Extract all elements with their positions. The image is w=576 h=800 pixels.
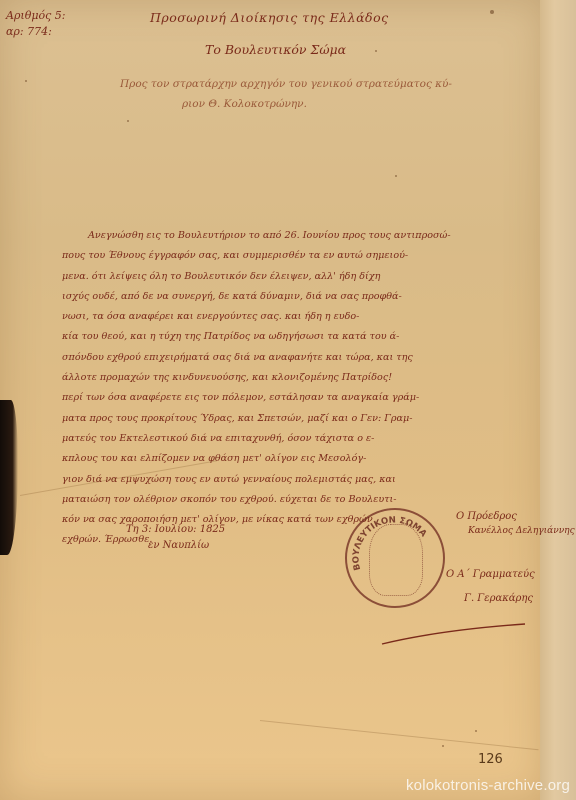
ink-speck xyxy=(395,175,397,177)
body-line: σπόνδου εχθρού επιχειρήματά σας διά να α… xyxy=(62,348,532,368)
ink-speck xyxy=(490,10,494,14)
paper-crease xyxy=(260,720,539,750)
body-line: κπλους του και ελπίζομεν να φθάση μετ' ο… xyxy=(62,449,532,469)
document-title: Προσωρινή Διοίκησις της Ελλάδος xyxy=(150,10,389,25)
body-line: Ανεγνώσθη εις το Βουλευτήριον το από 26.… xyxy=(62,226,532,246)
svg-text:ΒΟΥΛΕΥΤΙΚΟΝ ΣΩΜΑ: ΒΟΥΛΕΥΤΙΚΟΝ ΣΩΜΑ xyxy=(351,515,428,571)
ink-speck xyxy=(25,80,27,82)
secretary-signature: Γ. Γερακάρης xyxy=(464,592,533,606)
ink-speck xyxy=(442,745,444,747)
body-line: κία του θεού, και η τύχη της Πατρίδος να… xyxy=(62,327,532,347)
ink-speck xyxy=(475,730,477,732)
body-line: περί των όσα αναφέρετε εις τον πόλεμον, … xyxy=(62,388,532,408)
archive-watermark: kolokotronis-archive.org xyxy=(406,777,570,794)
president-signature: Κανέλλος Δεληγιάννης xyxy=(468,524,575,538)
body-line: νωσι, τα όσα αναφέρει και ενεργούντες σα… xyxy=(62,307,532,327)
body-line: πους του Έθνους έγγραφόν σας, και συμμερ… xyxy=(62,246,532,266)
body-line: ισχύς ουδέ, από δε να συνεργή, δε κατά δ… xyxy=(62,287,532,307)
paper-edge xyxy=(540,0,576,800)
official-seal: ΒΟΥΛΕΥΤΙΚΟΝ ΣΩΜΑ xyxy=(345,508,445,608)
dateline-place: εν Ναυπλίω xyxy=(148,538,209,554)
body-line: ματα προς τους προκρίτους Ύδρας, και Σπε… xyxy=(62,409,532,429)
body-line: ματεύς του Εκτελεστικού διά να επιταχυνθ… xyxy=(62,429,532,449)
body-line: ματαιώση τον ολέθριον σκοπόν του εχθρού.… xyxy=(62,490,532,510)
signature-flourish xyxy=(380,616,530,646)
document-subtitle: Το Βουλευτικόν Σώμα xyxy=(205,42,346,57)
dateline-date: Τη 3: Ιουλίου: 1825 xyxy=(126,522,225,538)
body-line: άλλοτε προμαχών της κινδυνευούσης, και κ… xyxy=(62,368,532,388)
secretary-title: Ο Α΄ Γραμματεύς xyxy=(446,568,535,582)
president-title: Ο Πρόεδρος xyxy=(456,510,517,524)
seal-inscription: ΒΟΥΛΕΥΤΙΚΟΝ ΣΩΜΑ xyxy=(347,510,443,606)
ink-speck xyxy=(127,120,129,122)
body-line: γιον διά να εμψυχώση τους εν αυτώ γενναί… xyxy=(62,470,532,490)
letter-body: Ανεγνώσθη εις το Βουλευτήριον το από 26.… xyxy=(62,226,532,551)
reference-number-1: Αριθμός 5: xyxy=(6,8,65,24)
ink-speck xyxy=(375,50,377,52)
reference-number-2: αρ: 774: xyxy=(6,24,52,40)
address-line-2: ριον Θ. Κολοκοτρώνην. xyxy=(182,98,307,110)
body-line: μενα. ότι λείψεις όλη το Βουλευτικόν δεν… xyxy=(62,267,532,287)
page-number: 126 xyxy=(478,752,503,767)
address-line-1: Προς τον στρατάρχην αρχηγόν του γενικού … xyxy=(120,78,452,90)
